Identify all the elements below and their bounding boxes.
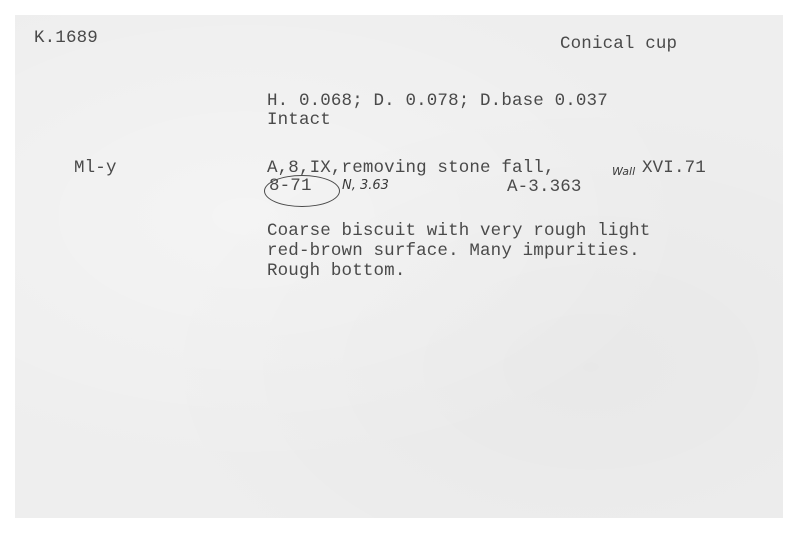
circled-reference: 8-71 bbox=[269, 176, 312, 196]
dimensions: H. 0.068; D. 0.078; D.base 0.037 bbox=[267, 91, 608, 111]
description-line-3: Rough bottom. bbox=[267, 261, 405, 281]
object-type: Conical cup bbox=[560, 34, 677, 54]
handwritten-reference: N, 3.63 bbox=[342, 178, 389, 193]
findspot-date: XVI.71 bbox=[642, 158, 706, 178]
classification: Ml-y bbox=[74, 158, 117, 178]
description-line-1: Coarse biscuit with very rough light bbox=[267, 221, 650, 241]
photo-reference: A-3.363 bbox=[507, 177, 582, 197]
description-line-2: red-brown surface. Many impurities. bbox=[267, 241, 640, 261]
condition: Intact bbox=[267, 110, 331, 130]
catalog-card: K.1689 Conical cup H. 0.068; D. 0.078; D… bbox=[15, 15, 783, 518]
catalog-number: K.1689 bbox=[34, 28, 98, 48]
findspot-handwritten-note: Wall bbox=[612, 165, 635, 178]
